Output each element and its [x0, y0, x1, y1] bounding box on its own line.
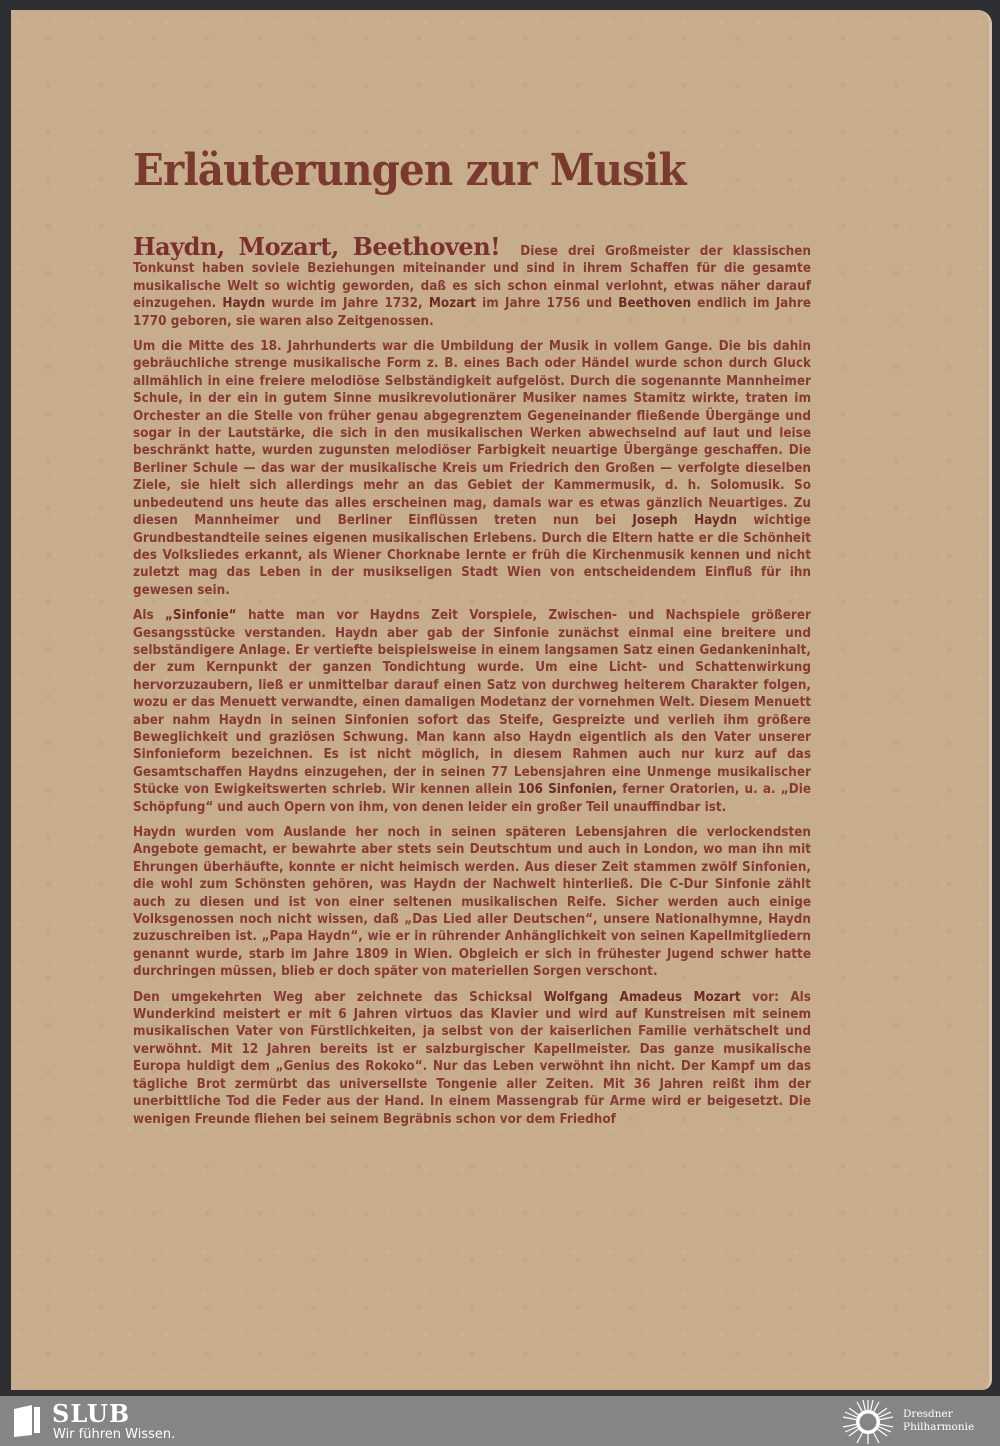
name-beethoven: Beethoven	[618, 296, 691, 311]
name-wolfgang-amadeus-mozart: Wolfgang Amadeus Mozart	[544, 990, 741, 1005]
document-body: Haydn, Mozart, Beethoven! Diese drei Gro…	[133, 238, 811, 1136]
name-joseph-haydn: Joseph Haydn	[632, 513, 737, 528]
slub-book-icon	[12, 1403, 42, 1439]
name-mozart: Mozart	[429, 296, 476, 311]
paragraph-later-years: Haydn wurden vom Auslande her noch in se…	[133, 824, 811, 981]
slub-tagline: Wir führen Wissen.	[53, 1427, 175, 1442]
document-page: Erläuterungen zur Musik Haydn, Mozart, B…	[11, 10, 992, 1390]
slub-name: SLUB	[52, 1399, 130, 1428]
philharmonie-name: Dresdner Philharmonie	[903, 1408, 974, 1434]
sinfonie-count: 106 Sinfonien,	[518, 782, 617, 797]
term-sinfonie: „Sinfonie“	[165, 608, 237, 623]
document-title: Erläuterungen zur Musik	[133, 145, 686, 196]
name-haydn: Haydn	[222, 296, 265, 311]
paragraph-sinfonie: Als „Sinfonie“ hatte man vor Haydns Zeit…	[133, 607, 811, 816]
footer-bar: SLUB Wir führen Wissen. Dresdner Philhar…	[0, 1396, 1000, 1446]
sunburst-hexagon-icon	[840, 1399, 896, 1445]
paragraph-intro: Haydn, Mozart, Beethoven! Diese drei Gro…	[133, 238, 811, 330]
paragraph-mozart: Den umgekehrten Weg aber zeichnete das S…	[133, 989, 811, 1128]
paragraph-history: Um die Mitte des 18. Jahrhunderts war di…	[133, 338, 811, 599]
lead-heading: Haydn, Mozart, Beethoven!	[133, 232, 500, 261]
